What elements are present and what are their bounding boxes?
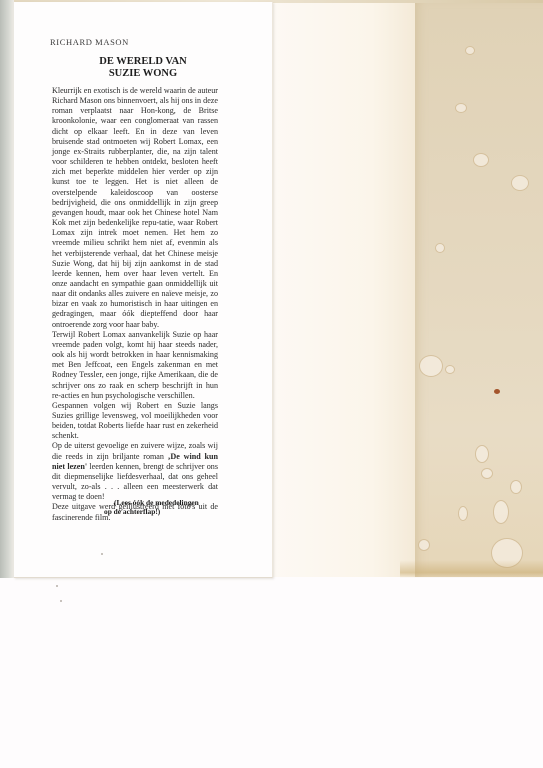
water-stain [455, 103, 467, 113]
title-line-1: DE WERELD VAN [14, 56, 272, 68]
blurb-paragraph: Terwijl Robert Lomax aanvankelijk Suzie … [52, 330, 218, 401]
back-flap-note: (Lees óók de mededelingen op de achterfl… [104, 498, 244, 516]
water-stain [465, 46, 475, 55]
note-line-2: op de achterflap!) [104, 507, 160, 516]
jacket-worn-bottom-edge [400, 560, 543, 578]
dust-speck [60, 600, 62, 602]
water-stain [419, 355, 443, 377]
blurb-paragraph: Gespannen volgen wij Robert en Suzie lan… [52, 401, 218, 442]
scanner-background-edge [0, 0, 14, 578]
book-title: DE WERELD VAN SUZIE WONG [14, 56, 272, 80]
paragraph-text: Terwijl Robert Lomax aanvankelijk Suzie … [52, 330, 218, 400]
author-name: RICHARD MASON [50, 37, 129, 47]
water-stain [511, 175, 529, 191]
blurb-paragraph: Op de uiterst gevoelige en zuivere wijze… [52, 441, 218, 502]
paragraph-text: Kleurrijk en exotisch is de wereld waari… [52, 86, 218, 329]
water-stain [473, 153, 489, 167]
water-stain [481, 468, 493, 479]
note-line-1: (Lees óók de mededelingen [104, 498, 244, 507]
water-stain [475, 445, 489, 463]
water-stain [510, 480, 522, 494]
dust-speck [101, 553, 103, 555]
water-stain [493, 500, 509, 524]
title-line-2: SUZIE WONG [14, 68, 272, 80]
dust-speck [56, 585, 58, 587]
water-stain [445, 365, 455, 374]
water-stain [458, 506, 468, 521]
water-stain [418, 539, 430, 551]
water-stain [435, 243, 445, 253]
rust-spot [494, 389, 500, 394]
blurb-paragraph: Kleurrijk en exotisch is de wereld waari… [52, 86, 218, 330]
blurb-text: Kleurrijk en exotisch is de wereld waari… [52, 86, 218, 523]
paragraph-text: Gespannen volgen wij Robert en Suzie lan… [52, 401, 218, 440]
book-jacket-spine-area [272, 3, 415, 577]
book-jacket-stained-panel [415, 3, 543, 577]
